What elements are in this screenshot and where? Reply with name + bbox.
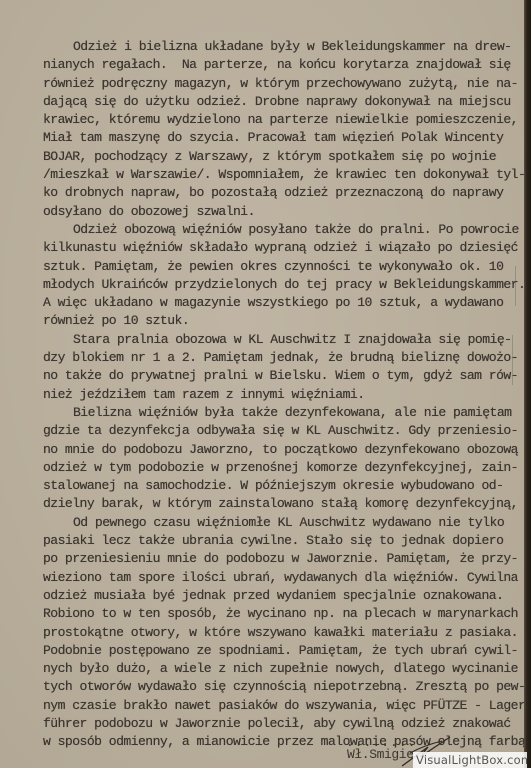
document-line: stalowanej na samochodzie. W późniejszym… — [0, 477, 524, 495]
document-line: dzielny barak, w którym zainstalowano st… — [0, 495, 524, 513]
document-line: Bielizna więźniów była także dezynfekowa… — [0, 404, 524, 422]
document-line: prostokątne otwory, w które wszywano kaw… — [0, 624, 524, 642]
document-line: /mieszkał w Warszawie/. Wspomniałem, że … — [0, 166, 524, 184]
document-line: odzież w tym podobozie w przenośnej komo… — [0, 459, 524, 477]
document-line: A więc układano w magazynie wszystkiego … — [0, 294, 524, 312]
document-page: Odzież i bielizna układane były w Beklei… — [0, 0, 524, 768]
document-line: nym czasie brakło nawet pasiaków do wszy… — [0, 697, 524, 715]
document-line: ko drobnych napraw, bo pozostałą odzież … — [0, 184, 524, 202]
document-line: BOJAR, pochodzący z Warszawy, z którym s… — [0, 148, 524, 166]
document-line: dającą się do użytku odzież. Drobne napr… — [0, 93, 524, 111]
document-line: również podręczny magazyn, w którym prze… — [0, 75, 524, 93]
document-line: pasiaki lecz także ubrania cywilne. Stał… — [0, 532, 524, 550]
document-body: Odzież i bielizna układane były w Beklei… — [0, 38, 524, 752]
document-line: Stara pralnia obozowa w KL Auschwitz I z… — [0, 331, 524, 349]
document-line: również po 10 sztuk. — [0, 312, 524, 330]
document-line: Robiono to w ten sposób, że wycinano np.… — [0, 605, 524, 623]
document-line: gdzie ta dezynfekcja odbywała się w KL A… — [0, 422, 524, 440]
document-line: tych otworów wydawało się czynnością nie… — [0, 678, 524, 696]
document-line: Podobnie postępowano ze spodniami. Pamię… — [0, 642, 524, 660]
document-line: führer podobozu w Jaworznie polecił, aby… — [0, 715, 524, 733]
document-line: Od pewnego czasu więźniomłe KL Auschwitz… — [0, 514, 524, 532]
document-line: po przeniesieniu mnie do podobozu w Jawo… — [0, 550, 524, 568]
document-line: młodych Ukraińców przydzielonych do tej … — [0, 276, 524, 294]
document-line: wieziono tam spore ilości ubrań, wydawan… — [0, 569, 524, 587]
document-line: nież jeździłem tam razem z innymi więźni… — [0, 386, 524, 404]
document-line: nych było dużo, a wiele z nich zupełnie … — [0, 660, 524, 678]
document-line: sztuk. Pamiętam, że pewien okres czynnoś… — [0, 258, 524, 276]
document-line: odsyłano do obozowej szwalni. — [0, 203, 524, 221]
document-line: kilkunastu więźniów składało wypraną odz… — [0, 239, 524, 257]
document-line: no mnie do podobozu Jaworzno, to początk… — [0, 441, 524, 459]
document-line: Odzież obozową więźniów posyłano także d… — [0, 221, 524, 239]
document-line: odzież musiała byé jednak przed wydaniem… — [0, 587, 524, 605]
watermark-label: VisualLightBox.com — [413, 752, 527, 768]
document-line: Miał tam maszynę do szycia. Pracował tam… — [0, 129, 524, 147]
document-line: nianych regałach. Na parterze, na końcu … — [0, 56, 524, 74]
document-line: dzy blokiem nr 1 a 2. Pamiętam jednak, ż… — [0, 349, 524, 367]
page-edge-shadow — [524, 0, 531, 768]
document-line: krawiec, któremu wydzielono na parterze … — [0, 111, 524, 129]
document-line: Odzież i bielizna układane były w Beklei… — [0, 38, 524, 56]
document-line: no także do prywatnej pralni w Bielsku. … — [0, 367, 524, 385]
